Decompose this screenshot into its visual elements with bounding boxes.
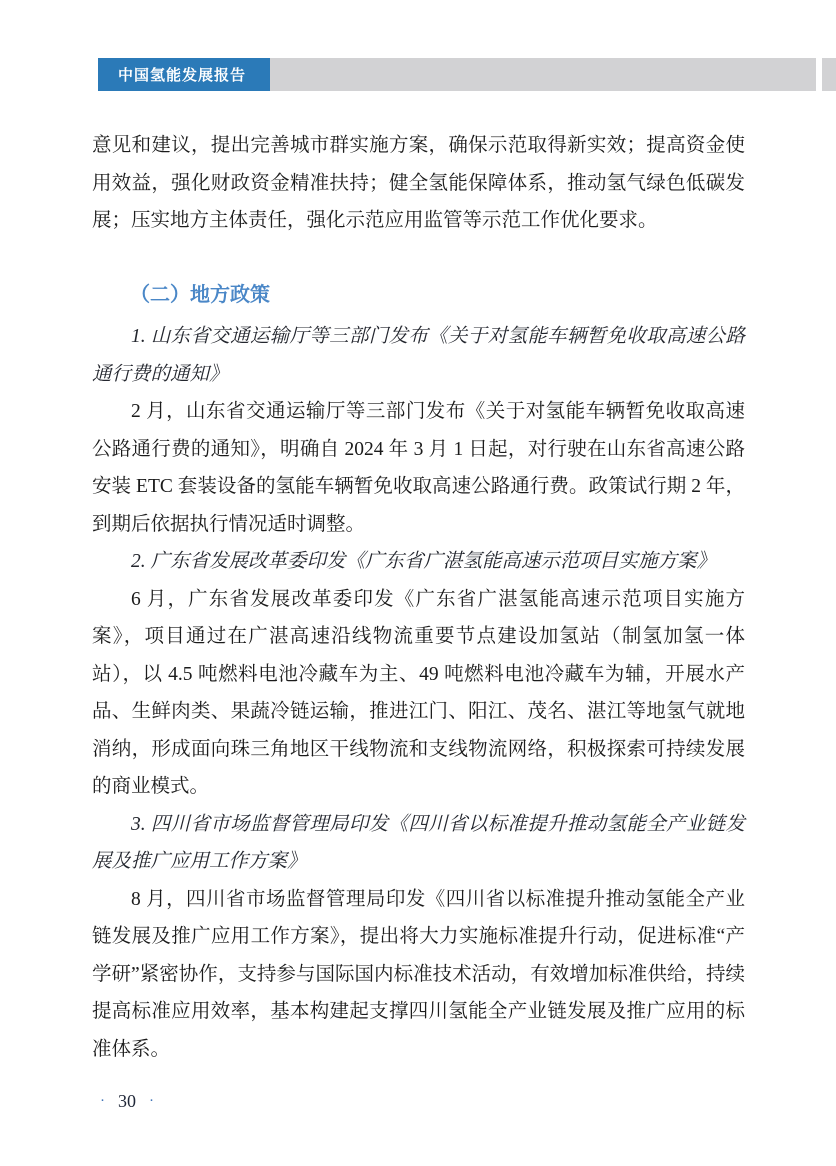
footer-left-dot: · xyxy=(100,1088,105,1114)
report-title-banner: 中国氢能发展报告 xyxy=(98,58,270,91)
report-title: 中国氢能发展报告 xyxy=(118,64,246,85)
page-footer: · 30 · xyxy=(100,1088,154,1114)
body-paragraph: 6 月，广东省发展改革委印发《广东省广湛氢能高速示范项目实施方案》，项目通过在广… xyxy=(92,581,745,806)
body-paragraph: 8 月，四川省市场监督管理局印发《四川省以标准提升推动氢能全产业链发展及推广应用… xyxy=(92,881,745,1069)
policy-item-title: 1. 山东省交通运输厅等三部门发布《关于对氢能车辆暂免收取高速公路通行费的通知》 xyxy=(92,318,745,393)
header-rule-bar xyxy=(270,58,816,91)
page-header: 中国氢能发展报告 xyxy=(98,58,836,91)
section-heading: （二）地方政策 xyxy=(92,277,745,315)
body-paragraph: 2 月，山东省交通运输厅等三部门发布《关于对氢能车辆暂免收取高速公路通行费的通知… xyxy=(92,393,745,543)
body-paragraph: 意见和建议，提出完善城市群实施方案，确保示范取得新实效；提高资金使用效益，强化财… xyxy=(92,127,745,240)
policy-item-title: 3. 四川省市场监督管理局印发《四川省以标准提升推动氢能全产业链发展及推广应用工… xyxy=(92,806,745,881)
document-page: 中国氢能发展报告 意见和建议，提出完善城市群实施方案，确保示范取得新实效；提高资… xyxy=(0,0,836,1166)
document-body: 意见和建议，提出完善城市群实施方案，确保示范取得新实效；提高资金使用效益，强化财… xyxy=(92,127,745,1068)
page-number: 30 xyxy=(118,1088,136,1114)
footer-right-dot: · xyxy=(149,1088,154,1114)
policy-item-title: 2. 广东省发展改革委印发《广东省广湛氢能高速示范项目实施方案》 xyxy=(92,543,745,581)
header-rule-cap xyxy=(822,58,836,91)
